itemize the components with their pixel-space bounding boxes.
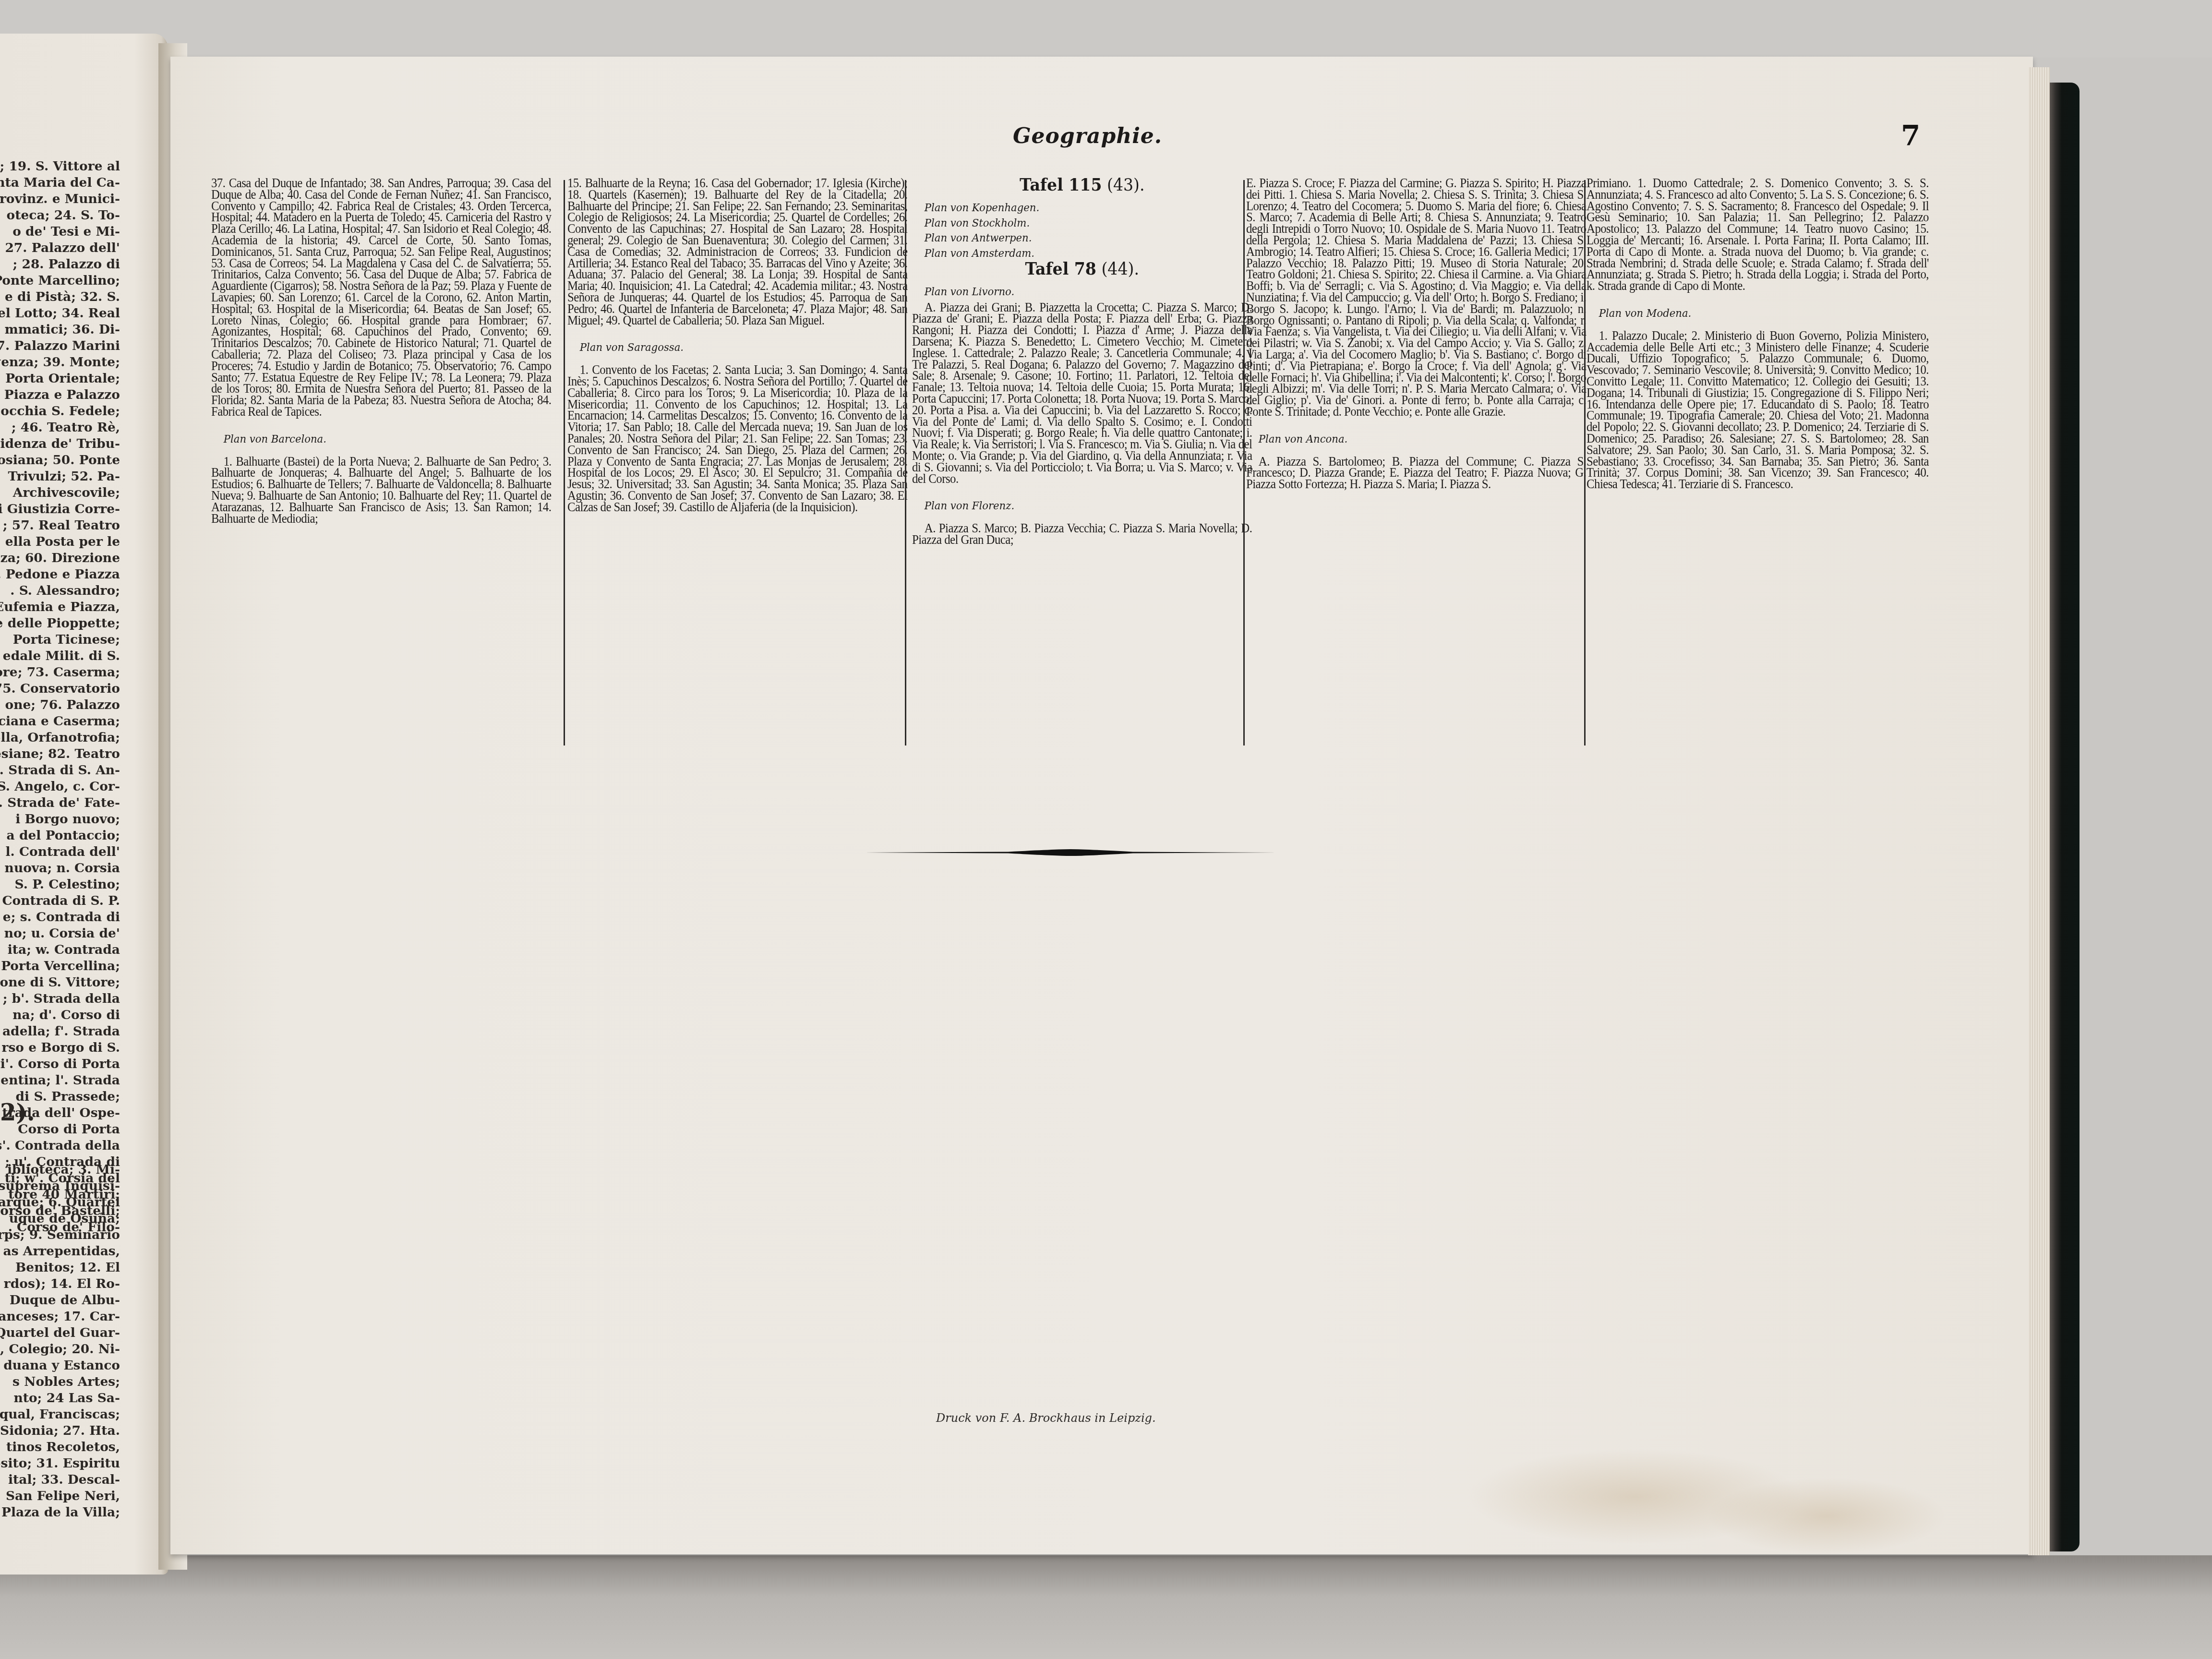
text-line: t. Strada de' Fate- xyxy=(0,795,120,811)
text-column-4: E. Piazza S. Croce; F. Piazza del Carmin… xyxy=(1246,178,1586,490)
text-line: Contrada di S. P. xyxy=(0,893,120,909)
text-line: iel Lotto; 34. Real xyxy=(0,305,120,322)
text-line: Trivulzi; 52. Pa- xyxy=(0,469,120,485)
book-cover-edge xyxy=(2050,83,2080,1551)
text-line: 75. Conservatorio xyxy=(0,681,120,697)
text-line: anceses; 17. Car- xyxy=(0,1309,120,1325)
text-line: esiane; 82. Teatro xyxy=(0,746,120,762)
text-line: tinos Recoletos, xyxy=(0,1439,120,1455)
text-line: s Nobles Artes; xyxy=(0,1374,120,1390)
text-line: Porta Vercellina; xyxy=(0,958,120,974)
text-line: Porta Ticinese; xyxy=(0,632,120,648)
text-line: S. Angelo, c. Cor- xyxy=(0,779,120,795)
text-line: i'. Corso di Porta xyxy=(0,1056,120,1072)
plan-heading: Plan von Kopenhagen. xyxy=(925,203,1252,214)
text-line: adella; f'. Strada xyxy=(0,1023,120,1040)
text-column-5: Primiano. 1. Duomo Cattedrale; 2. S. Dom… xyxy=(1587,178,1929,490)
text-line: na; d'. Corso di xyxy=(0,1007,120,1023)
text-line: i Giustizia Corre- xyxy=(0,501,120,517)
text-column-2: 15. Balhuarte de la Reyna; 16. Casa del … xyxy=(567,178,907,513)
text-line: mmatici; 36. Di- xyxy=(0,322,120,338)
text-line: uque de Osuña; xyxy=(0,1211,120,1227)
text-line: ; 57. Real Teatro xyxy=(0,517,120,534)
text-line: osiana; 50. Ponte xyxy=(0,452,120,469)
text-column-1: 37. Casa del Duque de Infantado; 38. San… xyxy=(211,178,551,524)
text-line: qual, Franciscas; xyxy=(0,1407,120,1423)
text-line: e delle Pioppette; xyxy=(0,615,120,632)
index-paragraph: 1. Balhuarte (Bastei) de la Porta Nueva;… xyxy=(211,456,551,525)
plate-index: (44). xyxy=(1096,259,1139,279)
text-line: Ponte Marcellino; xyxy=(0,273,120,289)
text-line: l. Contrada dell' xyxy=(0,844,120,860)
index-paragraph: 1. Convento de los Facetas; 2. Santa Luc… xyxy=(567,364,907,513)
text-line: . Piazza e Palazzo xyxy=(0,387,120,403)
text-line: ; 28. Palazzo di xyxy=(0,256,120,273)
text-line: nto; 24 Las Sa- xyxy=(0,1390,120,1407)
index-paragraph: A. Piazza S. Bartolomeo; B. Piazza del C… xyxy=(1246,456,1586,490)
plan-heading: Plan von Florenz. xyxy=(925,501,1252,512)
background-top xyxy=(0,0,2212,58)
text-line: Archivescovile; xyxy=(0,485,120,501)
text-line: a del Pontaccio; xyxy=(0,828,120,844)
left-page-heading-fragment: 2). xyxy=(0,1099,35,1126)
left-page: ; 19. S. Vittore alnta Maria del Ca-rovi… xyxy=(0,34,168,1575)
text-line: iblioteca; 3. Mi- xyxy=(0,1162,120,1178)
plan-heading: Plan von Livorno. xyxy=(925,287,1252,298)
text-line: oteca; 24. S. To- xyxy=(0,207,120,224)
text-line: i Borgo nuovo; xyxy=(0,811,120,828)
text-line: rovinz. e Munici- xyxy=(0,191,120,207)
text-line: ore; 73. Caserma; xyxy=(0,664,120,681)
text-line: osito; 31. Espiritu xyxy=(0,1455,120,1472)
text-line: no; u. Corsia de' xyxy=(0,926,120,942)
text-line: Sidonia; 27. Hta. xyxy=(0,1423,120,1439)
text-line: Eufemia e Piazza, xyxy=(0,599,120,615)
text-line: o de' Tesi e Mi- xyxy=(0,224,120,240)
index-paragraph: A. Piazza dei Grani; B. Piazzetta la Cro… xyxy=(912,302,1252,485)
text-line: idenza de' Tribu- xyxy=(0,436,120,452)
left-page-text-lower: iblioteca; 3. Mi-suprema Inquisi-arque; … xyxy=(0,1162,120,1521)
text-line: San Felipe Neri, xyxy=(0,1488,120,1504)
printer-imprint: Druck von F. A. Brockhaus in Leipzig. xyxy=(936,1411,1156,1425)
text-line: nta Maria del Ca- xyxy=(0,175,120,191)
plate-index: (43). xyxy=(1102,175,1144,195)
column-rule xyxy=(564,180,565,745)
plan-heading: Plan von Amsterdam. xyxy=(925,248,1252,260)
text-line: . S. Alessandro; xyxy=(0,583,120,599)
index-paragraph: 1. Palazzo Ducale; 2. Ministerio di Buon… xyxy=(1587,330,1929,490)
text-line: entina; l'. Strada xyxy=(0,1072,120,1089)
text-line: Quartel del Guar- xyxy=(0,1325,120,1341)
text-line: Duque de Albu- xyxy=(0,1292,120,1309)
column-rule xyxy=(905,180,906,745)
text-line: za; 60. Direzione xyxy=(0,550,120,566)
text-line: e di Pistà; 32. S. xyxy=(0,289,120,305)
plate-number: Tafel 115 xyxy=(1020,175,1102,195)
plate-heading: Tafel 78 (44). xyxy=(912,264,1252,275)
plan-heading: Plan von Barcelona. xyxy=(224,434,552,445)
page-edges xyxy=(2028,67,2050,1555)
text-line: one di S. Vittore; xyxy=(0,974,120,991)
ornamental-divider xyxy=(864,849,1277,856)
text-line: occhia S. Fedele; xyxy=(0,403,120,420)
text-line: ; 46. Teatro Rè, xyxy=(0,420,120,436)
plan-heading: Plan von Saragossa. xyxy=(580,342,908,354)
text-line: suprema Inquisi- xyxy=(0,1178,120,1194)
text-line: ella Posta per le xyxy=(0,534,120,550)
text-line: rps; 9. Seminario xyxy=(0,1227,120,1243)
text-line: ella, Orfanotrofia; xyxy=(0,730,120,746)
plan-heading: Plan von Antwerpen. xyxy=(925,233,1252,244)
plan-heading: Plan von Stockholm. xyxy=(925,218,1252,229)
text-line: Plaza de la Villa; xyxy=(0,1504,120,1521)
index-paragraph: A. Piazza S. Marco; B. Piazza Vecchia; C… xyxy=(912,523,1252,546)
page-number: 7 xyxy=(1901,119,1920,152)
text-line: b. Strada di S. An- xyxy=(0,762,120,779)
column-rule xyxy=(1584,180,1586,745)
plate-number: Tafel 78 xyxy=(1025,259,1096,279)
text-line: ital; 33. Descal- xyxy=(0,1472,120,1488)
text-line: ; 27. Palazzo dell' xyxy=(0,240,120,256)
text-column-3: Tafel 115 (43).Plan von Kopenhagen.Plan … xyxy=(912,178,1252,546)
text-line: ; b'. Strada della xyxy=(0,991,120,1007)
plate-heading: Tafel 115 (43). xyxy=(912,180,1252,191)
text-line: ciana e Caserma; xyxy=(0,713,120,730)
index-paragraph: 37. Casa del Duque de Infantado; 38. San… xyxy=(211,178,551,418)
text-line: nuova; n. Corsia xyxy=(0,860,120,877)
text-line: 7. Palazzo Marini xyxy=(0,338,120,354)
text-line: e; s. Contrada di xyxy=(0,909,120,926)
table-surface xyxy=(0,1555,2212,1659)
text-line: edale Milit. di S. xyxy=(0,648,120,664)
text-line: ; 19. S. Vittore al xyxy=(0,158,120,175)
text-line: s'. Contrada della xyxy=(0,1138,120,1154)
index-paragraph: Primiano. 1. Duomo Cattedrale; 2. S. Dom… xyxy=(1587,178,1929,292)
running-head: Geographie. xyxy=(1013,124,1162,148)
index-paragraph: 15. Balhuarte de la Reyna; 16. Casa del … xyxy=(567,178,907,326)
index-paragraph: E. Piazza S. Croce; F. Piazza del Carmin… xyxy=(1246,178,1586,418)
text-line: , Colegio; 20. Ni- xyxy=(0,1341,120,1358)
text-line: . Pedone e Piazza xyxy=(0,566,120,583)
text-line: duana y Estanco xyxy=(0,1358,120,1374)
plan-heading: Plan von Modena. xyxy=(1599,308,1929,320)
column-rule xyxy=(1243,180,1245,745)
text-line: rdos); 14. El Ro- xyxy=(0,1276,120,1292)
water-stain xyxy=(1707,1478,1947,1554)
text-line: as Arrepentidas, xyxy=(0,1243,120,1260)
text-line: ita; w. Contrada xyxy=(0,942,120,958)
text-line: arque; 6. Quartel xyxy=(0,1194,120,1211)
text-line: igenza; 39. Monte; xyxy=(0,354,120,371)
text-line: Benitos; 12. El xyxy=(0,1260,120,1276)
left-page-text: ; 19. S. Vittore alnta Maria del Ca-rovi… xyxy=(0,158,120,1236)
text-line: S. P. Celestino; xyxy=(0,877,120,893)
text-line: one; 76. Palazzo xyxy=(0,697,120,713)
plan-heading: Plan von Ancona. xyxy=(1259,434,1587,445)
text-line: rso e Borgo di S. xyxy=(0,1040,120,1056)
text-line: Porta Orientale; xyxy=(0,371,120,387)
